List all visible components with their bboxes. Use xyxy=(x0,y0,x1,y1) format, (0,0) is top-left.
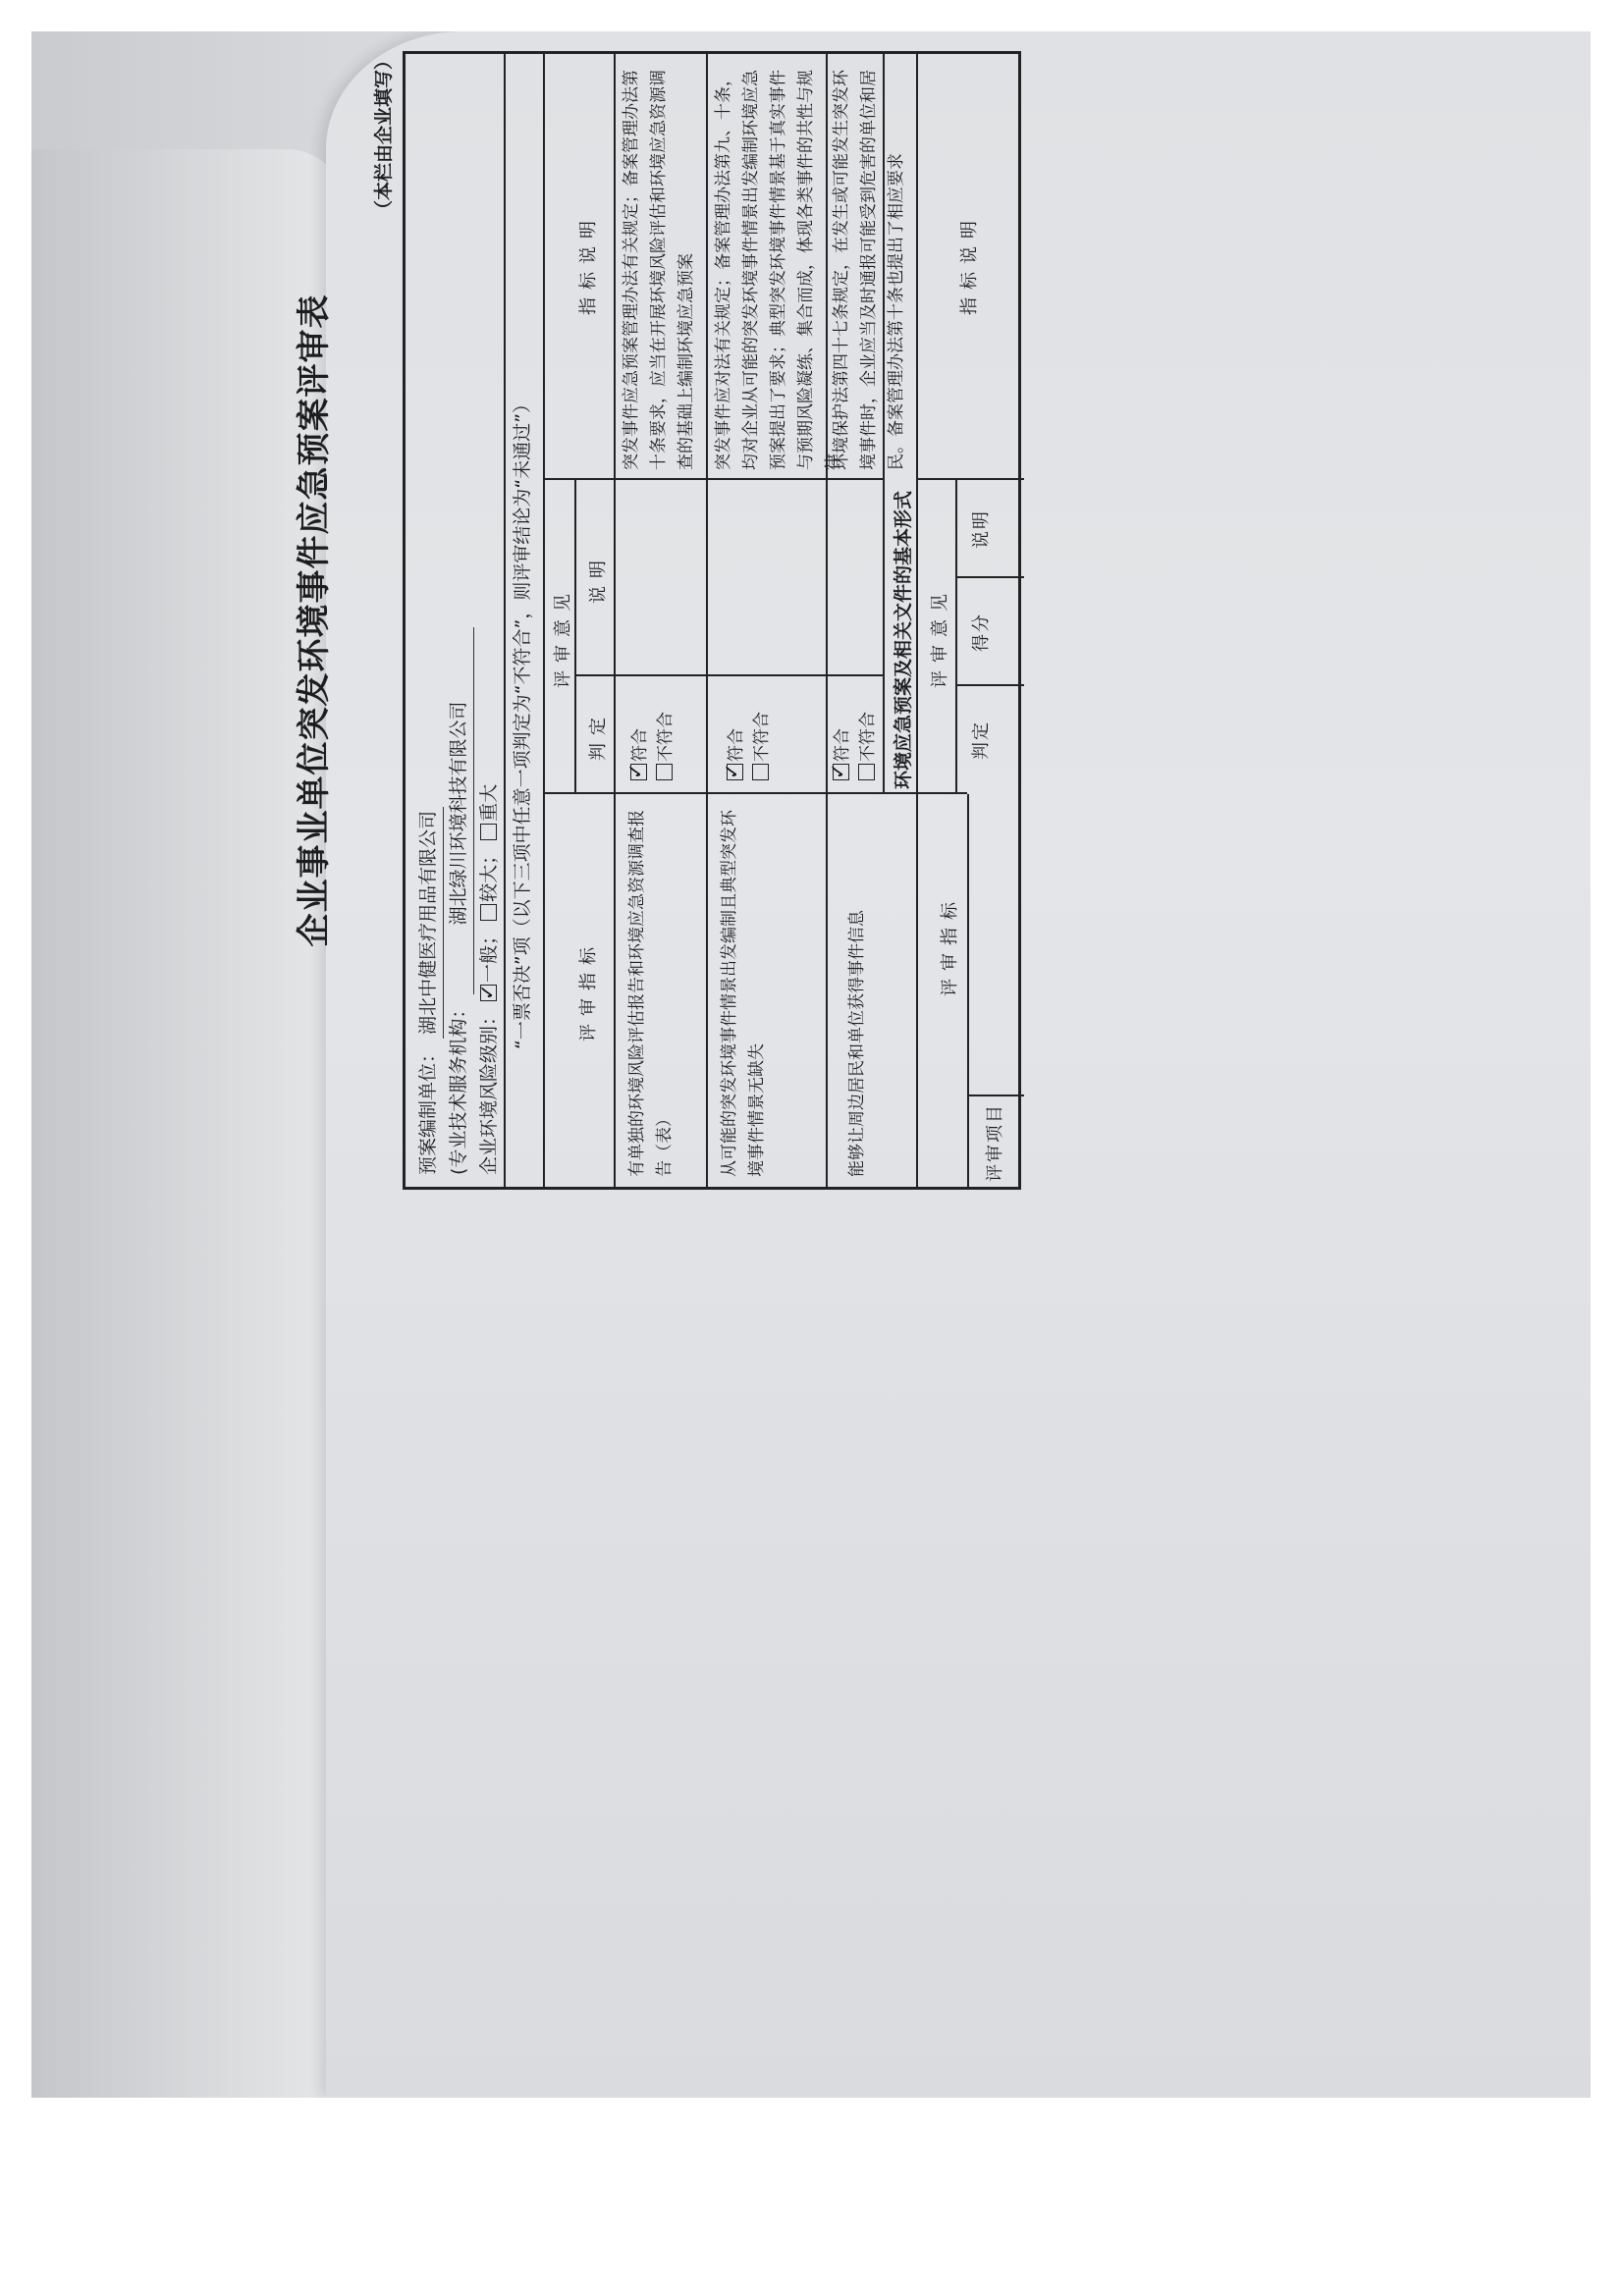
checkbox-icon[interactable] xyxy=(752,764,769,780)
risk-label: 企业环境风险级别： xyxy=(478,1007,500,1175)
row-judgement: 符合 不符合 xyxy=(724,712,775,780)
header-score: 得分 xyxy=(967,578,993,686)
header-review-opinion: 评审意见 xyxy=(926,480,951,794)
divider xyxy=(967,794,969,1187)
checked-box-icon[interactable] xyxy=(480,985,497,1001)
checked-box-icon[interactable] xyxy=(630,764,647,780)
risk-option-general[interactable]: 一般； xyxy=(478,927,500,1001)
compiler-field: 预案编制单位： 湖北中健医疗用品有限公司 xyxy=(413,627,444,1175)
risk-level-field: 企业环境风险级别： 一般； 较大； 重大 xyxy=(474,627,504,1175)
veto-note: “一票否决”项（以下三项中任意一项判定为“不符合”，则评审结论为“未通过”） xyxy=(508,395,534,1049)
checkbox-icon[interactable] xyxy=(480,904,497,921)
divider xyxy=(543,478,883,480)
service-value[interactable]: 湖北绿川环境科技有限公司 xyxy=(444,627,474,994)
divider xyxy=(614,54,616,1187)
compiler-value[interactable]: 湖北中健医疗用品有限公司 xyxy=(413,807,444,1039)
divider xyxy=(916,794,918,1187)
form-title: 企业事业单位突发环境事件应急预案评审表 xyxy=(287,41,346,1200)
divider xyxy=(543,54,545,1187)
row-judgement: 符合 不符合 xyxy=(830,712,881,780)
enterprise-note: （本栏由企业填写） xyxy=(369,51,396,219)
header-judgement: 判定 xyxy=(967,686,993,794)
divider xyxy=(955,480,957,794)
divider xyxy=(504,54,506,1187)
header-indicator-note: 指标说明 xyxy=(955,48,981,480)
divider xyxy=(574,480,576,794)
header-review-item: 评审项目 xyxy=(981,1098,1006,1187)
divider xyxy=(967,1095,1024,1096)
risk-option-major[interactable]: 重大 xyxy=(478,784,500,840)
compiler-label: 预案编制单位： xyxy=(417,1044,439,1175)
checkbox-icon[interactable] xyxy=(858,764,875,780)
checkbox-icon[interactable] xyxy=(656,764,673,780)
checkbox-icon[interactable] xyxy=(480,824,497,840)
row-indicator: 从可能的突发环境事件情景出发编制且典型突发环境事件情景无缺失 xyxy=(716,804,771,1177)
divider xyxy=(916,54,918,794)
row-indicator-note: 环境保护法第四十七条规定，在发生或可能发生突发环境事件时，企业应当及时通报可能受… xyxy=(828,58,910,470)
service-field: (专业技术服务机构： 湖北绿川环境科技有限公司 xyxy=(444,627,474,1175)
checked-box-icon[interactable] xyxy=(727,764,743,780)
header-explanation: 说明 xyxy=(967,480,993,578)
book-photo: 企业事业单位突发环境事件应急预案评审表 （本栏由企业填写） 预案编制单位： 湖北… xyxy=(31,31,1591,2098)
header-indicator: 评审指标 xyxy=(574,794,600,1187)
risk-option-larger[interactable]: 较大； xyxy=(478,846,500,921)
review-table: 预案编制单位： 湖北中健医疗用品有限公司 (专业技术服务机构： 湖北绿川环境科技… xyxy=(403,51,1021,1190)
divider xyxy=(883,54,885,794)
section2-title: 环境应急预案及相关文件的基本形式 xyxy=(889,486,915,794)
header-explanation: 说明 xyxy=(584,480,610,676)
divider xyxy=(706,54,708,1187)
fail-option[interactable]: 不符合 xyxy=(855,712,881,780)
pass-option[interactable]: 符合 xyxy=(830,712,855,780)
review-form: 企业事业单位突发环境事件应急预案评审表 （本栏由企业填写） 预案编制单位： 湖北… xyxy=(287,41,1033,1200)
row-indicator-note: 突发事件应急预案管理办法有关规定；备案管理办法第十条要求，应当在开展环境风险评估… xyxy=(618,58,700,470)
service-label: (专业技术服务机构： xyxy=(448,1000,469,1175)
header-indicator-note: 指标说明 xyxy=(574,48,600,480)
fail-option[interactable]: 不符合 xyxy=(653,712,678,780)
row-indicator: 有单独的环境风险评估报告和环境应急资源调查报告（表） xyxy=(623,804,678,1177)
header-indicator: 评审指标 xyxy=(936,794,961,1096)
fail-option[interactable]: 不符合 xyxy=(749,712,775,780)
header-review-opinion: 评审意见 xyxy=(549,480,574,794)
header-judgement: 判定 xyxy=(584,676,610,794)
row-judgement: 符合 不符合 xyxy=(627,712,678,780)
pass-option[interactable]: 符合 xyxy=(724,712,749,780)
divider xyxy=(574,674,883,676)
pass-option[interactable]: 符合 xyxy=(627,712,653,780)
form-fields: 预案编制单位： 湖北中健医疗用品有限公司 (专业技术服务机构： 湖北绿川环境科技… xyxy=(413,627,504,1175)
checked-box-icon[interactable] xyxy=(833,764,849,780)
row-indicator: 能够让周边居民和单位获得事件信息 xyxy=(843,804,871,1177)
